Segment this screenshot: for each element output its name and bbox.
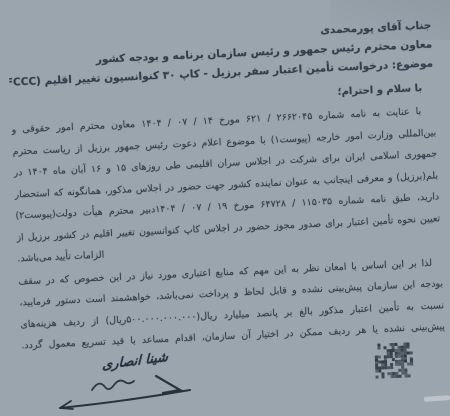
qr-code xyxy=(374,342,413,379)
signature-flourish-icon xyxy=(40,340,210,415)
letter-body: جناب آقای پورمحمدی معاون محترم رئیس جمهو… xyxy=(6,0,445,357)
scan-light-streak xyxy=(424,395,450,402)
scanned-letter-page: … است (امام خمینی) جناب آقای پورمحمدی مع… xyxy=(0,0,450,416)
paragraph-1: با عنایت به نامه شماره ۲۶۶۲۰۴۵ / ۶۲۱ مور… xyxy=(11,100,441,270)
signature-block: شینا انصاری xyxy=(40,340,210,415)
